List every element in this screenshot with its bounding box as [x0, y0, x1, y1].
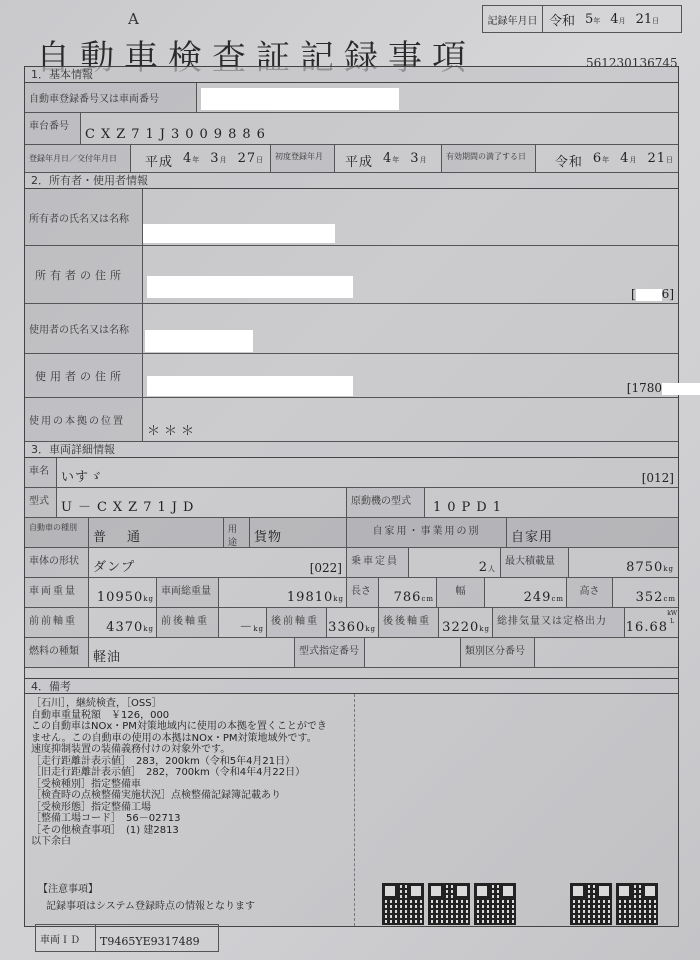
reg-date-value: 平成 4年 3月 27日	[131, 145, 271, 172]
vehicle-id-box: 車両ＩＤ T9465YE9317489	[35, 924, 219, 952]
displacement-units: kWL	[667, 610, 677, 626]
length-cell: 786cm	[379, 578, 437, 607]
redacted-user-address	[147, 376, 353, 396]
row-model: 型式 U－CXZ71JD 原動機の型式 10PD1	[25, 488, 678, 518]
rr-axle-cell: 3220kg	[439, 608, 493, 637]
remarks-line: ［石川］，継続検査，［OSS］	[31, 698, 348, 710]
reg-number-label: 自動車登録番号又は車両番号	[25, 83, 197, 112]
row-user-address: 使用者の住所 [1780	[25, 354, 678, 398]
engine-value-cell: 10PD1	[425, 488, 678, 517]
record-date-month: 4	[610, 12, 618, 27]
qr-code-1	[382, 883, 424, 925]
row-chassis-number: 車台番号 CXZ71J3009886	[25, 113, 678, 145]
fr-axle-cell: －kg	[219, 608, 267, 637]
fr-axle: －	[239, 620, 253, 635]
unit-year: 年	[392, 156, 400, 164]
remarks-line: ［その他検査事項］ (1) 建2813	[31, 825, 348, 837]
make: いすゞ	[61, 466, 103, 485]
fuel: 軽油	[93, 646, 121, 665]
fuel-label: 燃料の種類	[25, 638, 89, 667]
length: 786	[394, 590, 422, 605]
user-address-label: 使用者の住所	[25, 354, 143, 397]
qr-code-2	[428, 883, 470, 925]
row-base-location: 使用の本拠の位置 ＊＊＊	[25, 398, 678, 442]
use-label: 用途	[224, 518, 250, 547]
remarks-line: ［受検種別］指定整備車	[31, 779, 348, 791]
user-name-label: 使用者の氏名又は名称	[25, 304, 143, 353]
private-business-value-cell: 自家用	[507, 518, 678, 547]
base-location: ＊＊＊	[147, 420, 198, 439]
remarks-line: 自動車重量税額 ￥126，000	[31, 710, 348, 722]
private-business-label: 自家用・事業用の別	[347, 518, 507, 547]
notes-text: 記録事項はシステム登録時点の情報となります	[46, 897, 255, 912]
unit-day: 日	[256, 156, 264, 164]
body-shape-value-cell: ダンプ [022]	[89, 548, 347, 577]
max-load-value-cell: 8750kg	[569, 548, 678, 577]
expiry-value: 令和 6年 4月 21日	[536, 145, 678, 172]
form-letter: A	[128, 10, 139, 28]
base-location-value: ＊＊＊	[143, 398, 678, 441]
body-shape: ダンプ	[93, 556, 135, 575]
expiry-label: 有効期間の満了する日	[442, 145, 536, 172]
engine: 10PD1	[433, 500, 507, 515]
unit-kg: kg	[253, 625, 264, 633]
redacted-user-name	[145, 330, 253, 352]
row-body-shape: 車体の形状 ダンプ [022] 乗車定員 2人 最大積載量 8750kg	[25, 548, 678, 578]
length-label: 長さ	[347, 578, 379, 607]
record-date-era: 令和	[549, 10, 575, 29]
make-label: 車名	[25, 458, 57, 487]
make-code: [012]	[642, 471, 674, 485]
unit-month: 月	[619, 17, 626, 25]
section-remarks-title: 4．備考	[25, 678, 678, 694]
rr-axle-label: 後後軸重	[379, 608, 439, 637]
height-label: 高さ	[567, 578, 613, 607]
width: 249	[524, 590, 552, 605]
displacement-cell: 16.68 kWL	[625, 608, 678, 637]
use: 貨物	[254, 526, 282, 545]
category-value-cell: 普 通	[89, 518, 224, 547]
unit-kw: kW	[667, 610, 677, 617]
remarks-line: 速度抑制装置の装備義務付けの対象外です。	[31, 744, 348, 756]
record-form: 1．基本情報 自動車登録番号又は車両番号 車台番号 CXZ71J3009886 …	[24, 66, 679, 927]
qr-code-5	[616, 883, 658, 925]
gross-weight: 19810	[287, 590, 333, 605]
owner-address-code: [6]	[631, 287, 674, 301]
category: 普 通	[93, 526, 144, 545]
expiry-year: 6	[593, 151, 602, 166]
row-registration-number: 自動車登録番号又は車両番号	[25, 83, 678, 113]
capacity: 2	[479, 560, 488, 575]
model-label: 型式	[25, 488, 57, 517]
remarks-line: ［整備工場コード］ 56－02713	[31, 813, 348, 825]
vehicle-id-label: 車両ＩＤ	[36, 925, 96, 951]
record-date-box: 記録年月日 令和 5年 4月 21日	[482, 5, 682, 33]
unit-month: 月	[420, 156, 428, 164]
vehicle-id: T9465YE9317489	[96, 925, 218, 951]
reg-date-label: 登録年月日／交付年月日	[25, 145, 131, 172]
rf-axle: 3360	[328, 620, 365, 635]
unit-kg: kg	[143, 625, 154, 633]
unit-kg: kg	[143, 595, 154, 603]
engine-label: 原動機の型式	[347, 488, 425, 517]
ff-axle-label: 前前軸重	[25, 608, 89, 637]
row-owner-name: 所有者の氏名又は名称	[25, 189, 678, 246]
remarks-line: ません。この自動車の使用の本拠はNOx・PM対策地域外です。	[31, 733, 348, 745]
unit-cm: cm	[663, 595, 676, 603]
reg-date-era: 平成	[145, 151, 173, 170]
first-reg-year: 4	[383, 151, 392, 166]
vehicle-weight-label: 車両重量	[25, 578, 89, 607]
capacity-value-cell: 2人	[409, 548, 501, 577]
redacted-owner-name	[143, 224, 335, 243]
qr-code-4	[570, 883, 612, 925]
first-reg-era: 平成	[345, 151, 373, 170]
notes-title: 【注意事項】	[38, 880, 98, 895]
unit-l: L	[670, 618, 674, 625]
max-load: 8750	[626, 560, 663, 575]
row-category: 自動車の種別 普 通 用途 貨物 自家用・事業用の別 自家用	[25, 518, 678, 548]
unit-kg: kg	[333, 595, 344, 603]
section-basic-info-title: 1．基本情報	[25, 67, 678, 83]
category-label: 自動車の種別	[25, 518, 89, 547]
remarks-line: ［走行距離計表示値］ 283，200km（令和5年4月21日）	[31, 756, 348, 768]
first-reg-label: 初度登録年月	[271, 145, 335, 172]
qr-code-3	[474, 883, 516, 925]
vehicle-weight-cell: 10950kg	[89, 578, 157, 607]
fuel-cell: 軽油	[89, 638, 295, 667]
max-load-label: 最大積載量	[501, 548, 569, 577]
row-make: 車名 いすゞ [012]	[25, 458, 678, 488]
row-owner-address: 所有者の住所 [6]	[25, 246, 678, 304]
unit-kg: kg	[479, 625, 490, 633]
unit-person: 人	[488, 565, 496, 573]
reg-date-year: 4	[183, 151, 192, 166]
ff-axle-cell: 4370kg	[89, 608, 157, 637]
unit-cm: cm	[421, 595, 434, 603]
unit-day: 日	[652, 17, 659, 25]
category-number-cell	[535, 638, 678, 667]
capacity-label: 乗車定員	[347, 548, 409, 577]
expiry-era: 令和	[555, 151, 583, 170]
owner-address-value: [6]	[143, 246, 678, 303]
ff-axle: 4370	[106, 620, 143, 635]
private-business: 自家用	[511, 526, 553, 545]
row-axle-weights: 前前軸重 4370kg 前後軸重 －kg 後前軸重 3360kg 後後軸重 32…	[25, 608, 678, 638]
remarks-line: ［受検形態］指定整備工場	[31, 802, 348, 814]
unit-year: 年	[192, 156, 200, 164]
first-reg-month: 3	[410, 151, 419, 166]
unit-kg: kg	[663, 565, 674, 573]
remarks-line: 以下余白	[31, 836, 348, 848]
row-dates: 登録年月日／交付年月日 平成 4年 3月 27日 初度登録年月 平成 4年 3月…	[25, 145, 678, 173]
type-designation-label: 型式指定番号	[295, 638, 365, 667]
fr-axle-label: 前後軸重	[157, 608, 219, 637]
unit-month: 月	[220, 156, 228, 164]
record-date-day: 21	[636, 12, 653, 27]
unit-day: 日	[666, 156, 674, 164]
reg-date-month: 3	[210, 151, 219, 166]
remarks-line: この自動車はNOx・PM対策地域内に使用の本拠を置くことができ	[31, 721, 348, 733]
rf-axle-cell: 3360kg	[327, 608, 379, 637]
user-address-value: [1780	[143, 354, 678, 397]
rf-axle-label: 後前軸重	[267, 608, 327, 637]
category-number-label: 類別区分番号	[461, 638, 535, 667]
height: 352	[636, 590, 664, 605]
model: U－CXZ71JD	[61, 496, 199, 515]
chassis-value-cell: CXZ71J3009886	[81, 113, 678, 144]
first-reg-value: 平成 4年 3月	[335, 145, 442, 172]
remarks-line: ［検査時の点検整備実施状況］点検整備記録簿記載あり	[31, 790, 348, 802]
user-name-value	[143, 304, 678, 353]
row-user-name: 使用者の氏名又は名称	[25, 304, 678, 354]
row-weights-dimensions: 車両重量 10950kg 車両総重量 19810kg 長さ 786cm 幅 24…	[25, 578, 678, 608]
use-value-cell: 貨物	[250, 518, 347, 547]
width-label: 幅	[437, 578, 485, 607]
unit-cm: cm	[551, 595, 564, 603]
base-location-label: 使用の本拠の位置	[25, 398, 143, 441]
vehicle-weight: 10950	[97, 590, 143, 605]
chassis-number: CXZ71J3009886	[85, 127, 271, 142]
unit-year: 年	[593, 17, 600, 25]
body-shape-label: 車体の形状	[25, 548, 89, 577]
redacted-reg-number	[201, 88, 399, 110]
owner-name-value	[143, 189, 678, 245]
reg-date-day: 27	[238, 151, 257, 166]
type-designation-cell	[365, 638, 461, 667]
vehicle-inspection-record-document: A 自動車検査証記録事項 記録年月日 令和 5年 4月 21日 56123013…	[0, 0, 700, 960]
gross-weight-label: 車両総重量	[157, 578, 219, 607]
unit-year: 年	[602, 156, 610, 164]
rr-axle: 3220	[442, 620, 479, 635]
height-cell: 352cm	[613, 578, 678, 607]
expiry-day: 21	[647, 151, 666, 166]
record-date-value: 令和 5年 4月 21日	[543, 6, 681, 32]
user-address-code-prefix: 1780	[631, 381, 662, 395]
remarks-line: ［旧走行距離計表示値］ 282，700km（令和4年4月22日）	[31, 767, 348, 779]
reg-number-value	[197, 83, 678, 112]
section-vehicle-details-title: 3．車両詳細情報	[25, 442, 678, 458]
section-owner-user-title: 2．所有者・使用者情報	[25, 173, 678, 189]
model-value-cell: U－CXZ71JD	[57, 488, 347, 517]
owner-address-code-suffix: 6	[662, 287, 670, 301]
redacted-owner-address	[147, 276, 353, 298]
displacement: 16.68	[626, 620, 668, 635]
make-value-cell: いすゞ [012]	[57, 458, 678, 487]
width-cell: 249cm	[485, 578, 567, 607]
owner-address-label: 所有者の住所	[25, 246, 143, 303]
body-shape-code: [022]	[310, 561, 342, 575]
chassis-label: 車台番号	[25, 113, 81, 144]
record-date-label: 記録年月日	[483, 6, 543, 32]
unit-kg: kg	[365, 625, 376, 633]
unit-month: 月	[629, 156, 637, 164]
row-fuel: 燃料の種類 軽油 型式指定番号 類別区分番号	[25, 638, 678, 668]
owner-name-label: 所有者の氏名又は名称	[25, 189, 143, 245]
displacement-label: 総排気量又は定格出力	[493, 608, 625, 637]
user-address-code: [1780	[627, 381, 700, 395]
gross-weight-cell: 19810kg	[219, 578, 347, 607]
